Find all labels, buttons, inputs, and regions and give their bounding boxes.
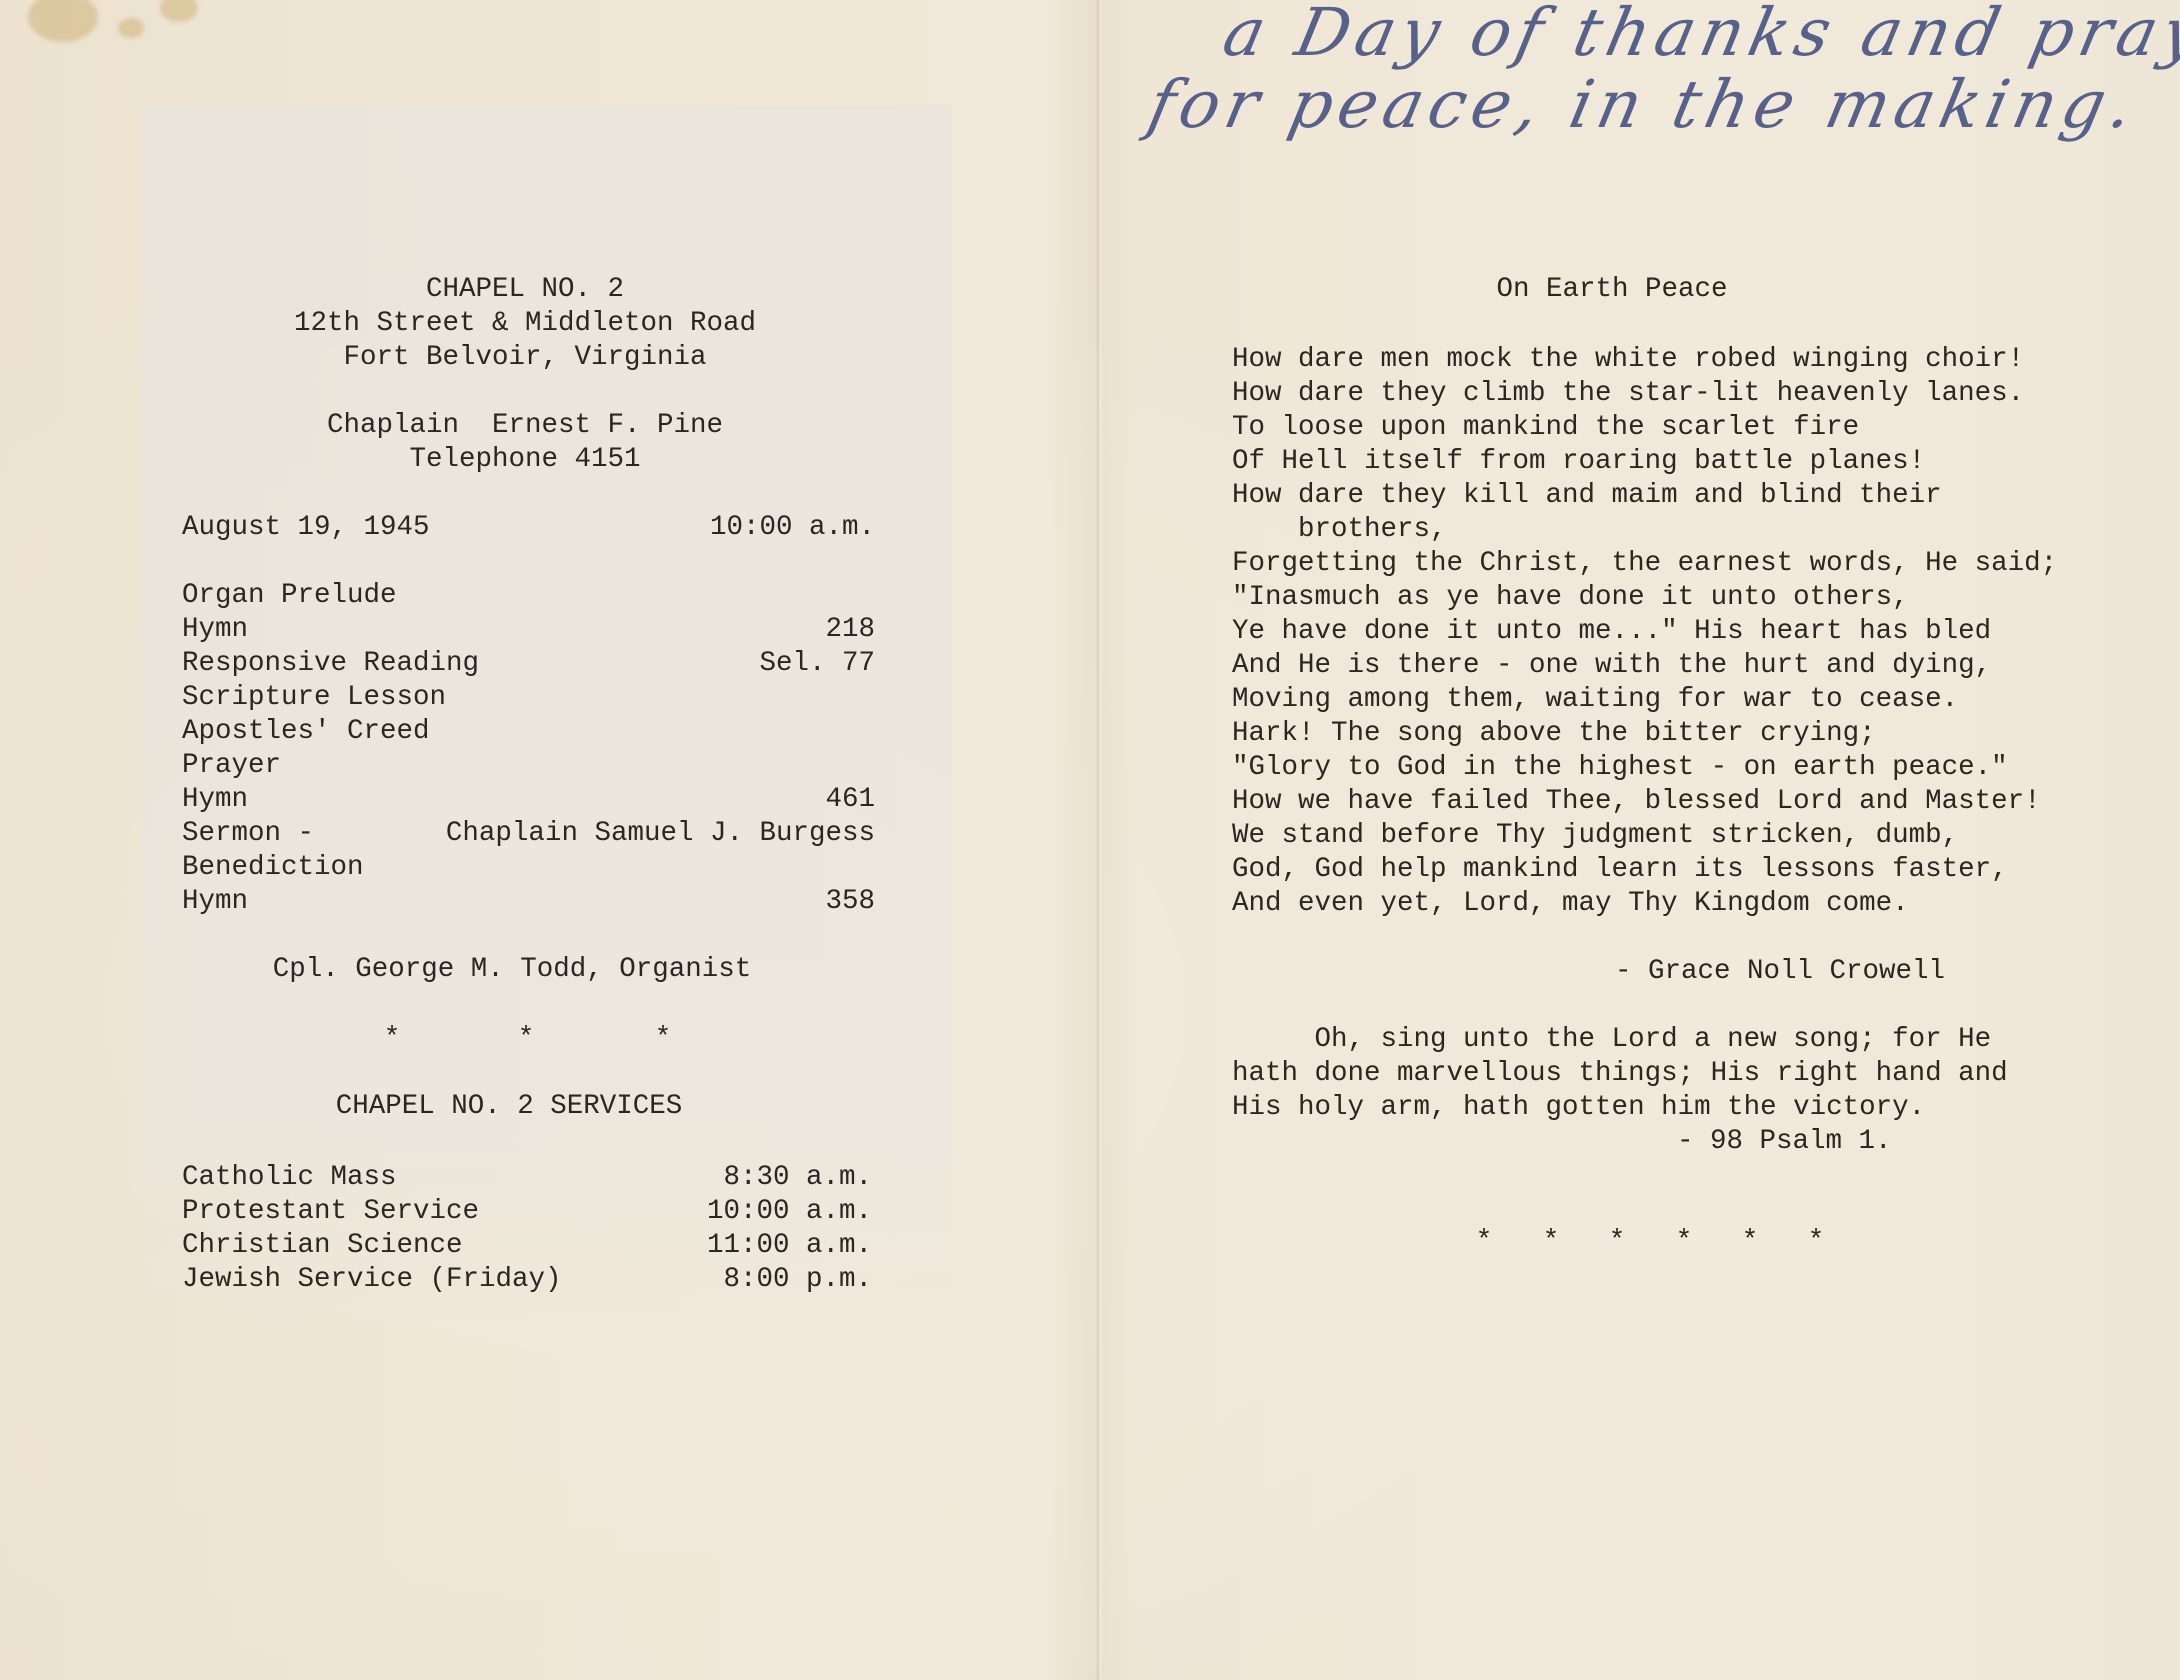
service-name: Protestant Service <box>182 1195 479 1229</box>
order-item-label: Hymn <box>182 885 248 919</box>
poem-line: How dare they climb the star-lit heavenl… <box>1232 377 2024 411</box>
order-item-label: Hymn <box>182 783 248 817</box>
handwritten-note-line-1: a Day of thanks and prayer <box>1217 0 2180 71</box>
asterisk: * <box>1543 1225 1560 1259</box>
poem-line: We stand before Thy judgment stricken, d… <box>1232 819 1958 853</box>
date-time-row: August 19, 1945 10:00 a.m. <box>182 511 875 545</box>
order-item: Sermon - Chaplain Samuel J. Burgess <box>182 817 875 851</box>
poem-line: Ye have done it unto me..." His heart ha… <box>1232 615 1991 649</box>
poem-line: Hark! The song above the bitter crying; <box>1232 717 1876 751</box>
service-row: Jewish Service (Friday) 8:00 p.m. <box>182 1263 872 1297</box>
service-time: 11:00 a.m. <box>707 1229 872 1263</box>
order-item-detail: 461 <box>825 783 875 817</box>
order-item-label: Hymn <box>182 613 248 647</box>
asterisk: * <box>655 1022 672 1056</box>
order-item: Apostles' Creed <box>182 715 875 749</box>
asterisk: * <box>1742 1225 1759 1259</box>
service-row: Catholic Mass 8:30 a.m. <box>182 1161 872 1195</box>
chaplain-name: Chaplain Ernest F. Pine <box>327 409 723 443</box>
scripture-line: Oh, sing unto the Lord a new song; for H… <box>1232 1023 1991 1057</box>
order-item-label: Benediction <box>182 851 364 885</box>
poem-line: "Inasmuch as ye have done it unto others… <box>1232 581 1909 615</box>
scripture-line: His holy arm, hath gotten him the victor… <box>1232 1091 1925 1125</box>
poem-line: God, God help mankind learn its lessons … <box>1232 853 2008 887</box>
asterisk: * <box>1808 1225 1825 1259</box>
order-item-label: Sermon - <box>182 817 314 851</box>
telephone: Telephone 4151 <box>409 443 640 477</box>
service-name: Jewish Service (Friday) <box>182 1263 562 1297</box>
order-item: Prayer <box>182 749 875 783</box>
order-item-label: Scripture Lesson <box>182 681 446 715</box>
chapel-address: 12th Street & Middleton Road <box>294 307 756 341</box>
poem-line: Of Hell itself from roaring battle plane… <box>1232 445 1925 479</box>
asterisk: * <box>518 1022 535 1056</box>
service-name: Catholic Mass <box>182 1161 397 1195</box>
order-item: Scripture Lesson <box>182 681 875 715</box>
order-item-detail: 358 <box>825 885 875 919</box>
poem-line: How we have failed Thee, blessed Lord an… <box>1232 785 2041 819</box>
service-row: Protestant Service 10:00 a.m. <box>182 1195 872 1229</box>
poem-line: And even yet, Lord, may Thy Kingdom come… <box>1232 887 1909 921</box>
asterisk: * <box>1676 1225 1693 1259</box>
poem-line: How dare men mock the white robed wingin… <box>1232 343 2024 377</box>
order-item: Organ Prelude <box>182 579 875 613</box>
asterisk: * <box>384 1022 401 1056</box>
service-time: 8:30 a.m. <box>723 1161 872 1195</box>
center-fold <box>1096 0 1102 1680</box>
service-date: August 19, 1945 <box>182 511 430 545</box>
poem-line: How dare they kill and maim and blind th… <box>1232 479 1942 513</box>
order-item-label: Responsive Reading <box>182 647 479 681</box>
poem-line: And He is there - one with the hurt and … <box>1232 649 1991 683</box>
order-item-detail: Sel. 77 <box>759 647 875 681</box>
poem-title: On Earth Peace <box>1496 273 1727 307</box>
poem-attribution: - Grace Noll Crowell <box>1615 955 1945 989</box>
chapel-city: Fort Belvoir, Virginia <box>343 341 706 375</box>
service-time: 10:00 a.m. <box>707 1195 872 1229</box>
service-time: 10:00 a.m. <box>710 511 875 545</box>
order-item-label: Prayer <box>182 749 281 783</box>
poem-line: To loose upon mankind the scarlet fire <box>1232 411 1859 445</box>
poem-line: Moving among them, waiting for war to ce… <box>1232 683 1958 717</box>
order-item-detail: Chaplain Samuel J. Burgess <box>446 817 875 851</box>
order-item-label: Apostles' Creed <box>182 715 430 749</box>
chapel-name: CHAPEL NO. 2 <box>426 273 624 307</box>
service-row: Christian Science 11:00 a.m. <box>182 1229 872 1263</box>
organist-credit: Cpl. George M. Todd, Organist <box>273 953 752 987</box>
handwritten-note-line-2: for peace, in the making. <box>1142 66 2146 143</box>
order-item: Hymn 358 <box>182 885 875 919</box>
order-item: Benediction <box>182 851 875 885</box>
service-time: 8:00 p.m. <box>723 1263 872 1297</box>
scripture-reference: - 98 Psalm 1. <box>1677 1125 1892 1159</box>
service-name: Christian Science <box>182 1229 463 1263</box>
poem-line-continuation: brothers, <box>1298 513 1447 547</box>
order-item: Hymn 461 <box>182 783 875 817</box>
services-heading: CHAPEL NO. 2 SERVICES <box>336 1090 683 1124</box>
poem-line: Forgetting the Christ, the earnest words… <box>1232 547 2057 581</box>
asterisk: * <box>1609 1225 1626 1259</box>
asterisk: * <box>1476 1225 1493 1259</box>
water-stain <box>118 18 144 38</box>
order-item-label: Organ Prelude <box>182 579 397 613</box>
order-item: Responsive Reading Sel. 77 <box>182 647 875 681</box>
order-item: Hymn 218 <box>182 613 875 647</box>
scripture-line: hath done marvellous things; His right h… <box>1232 1057 2008 1091</box>
order-item-detail: 218 <box>825 613 875 647</box>
poem-line: "Glory to God in the highest - on earth … <box>1232 751 2008 785</box>
